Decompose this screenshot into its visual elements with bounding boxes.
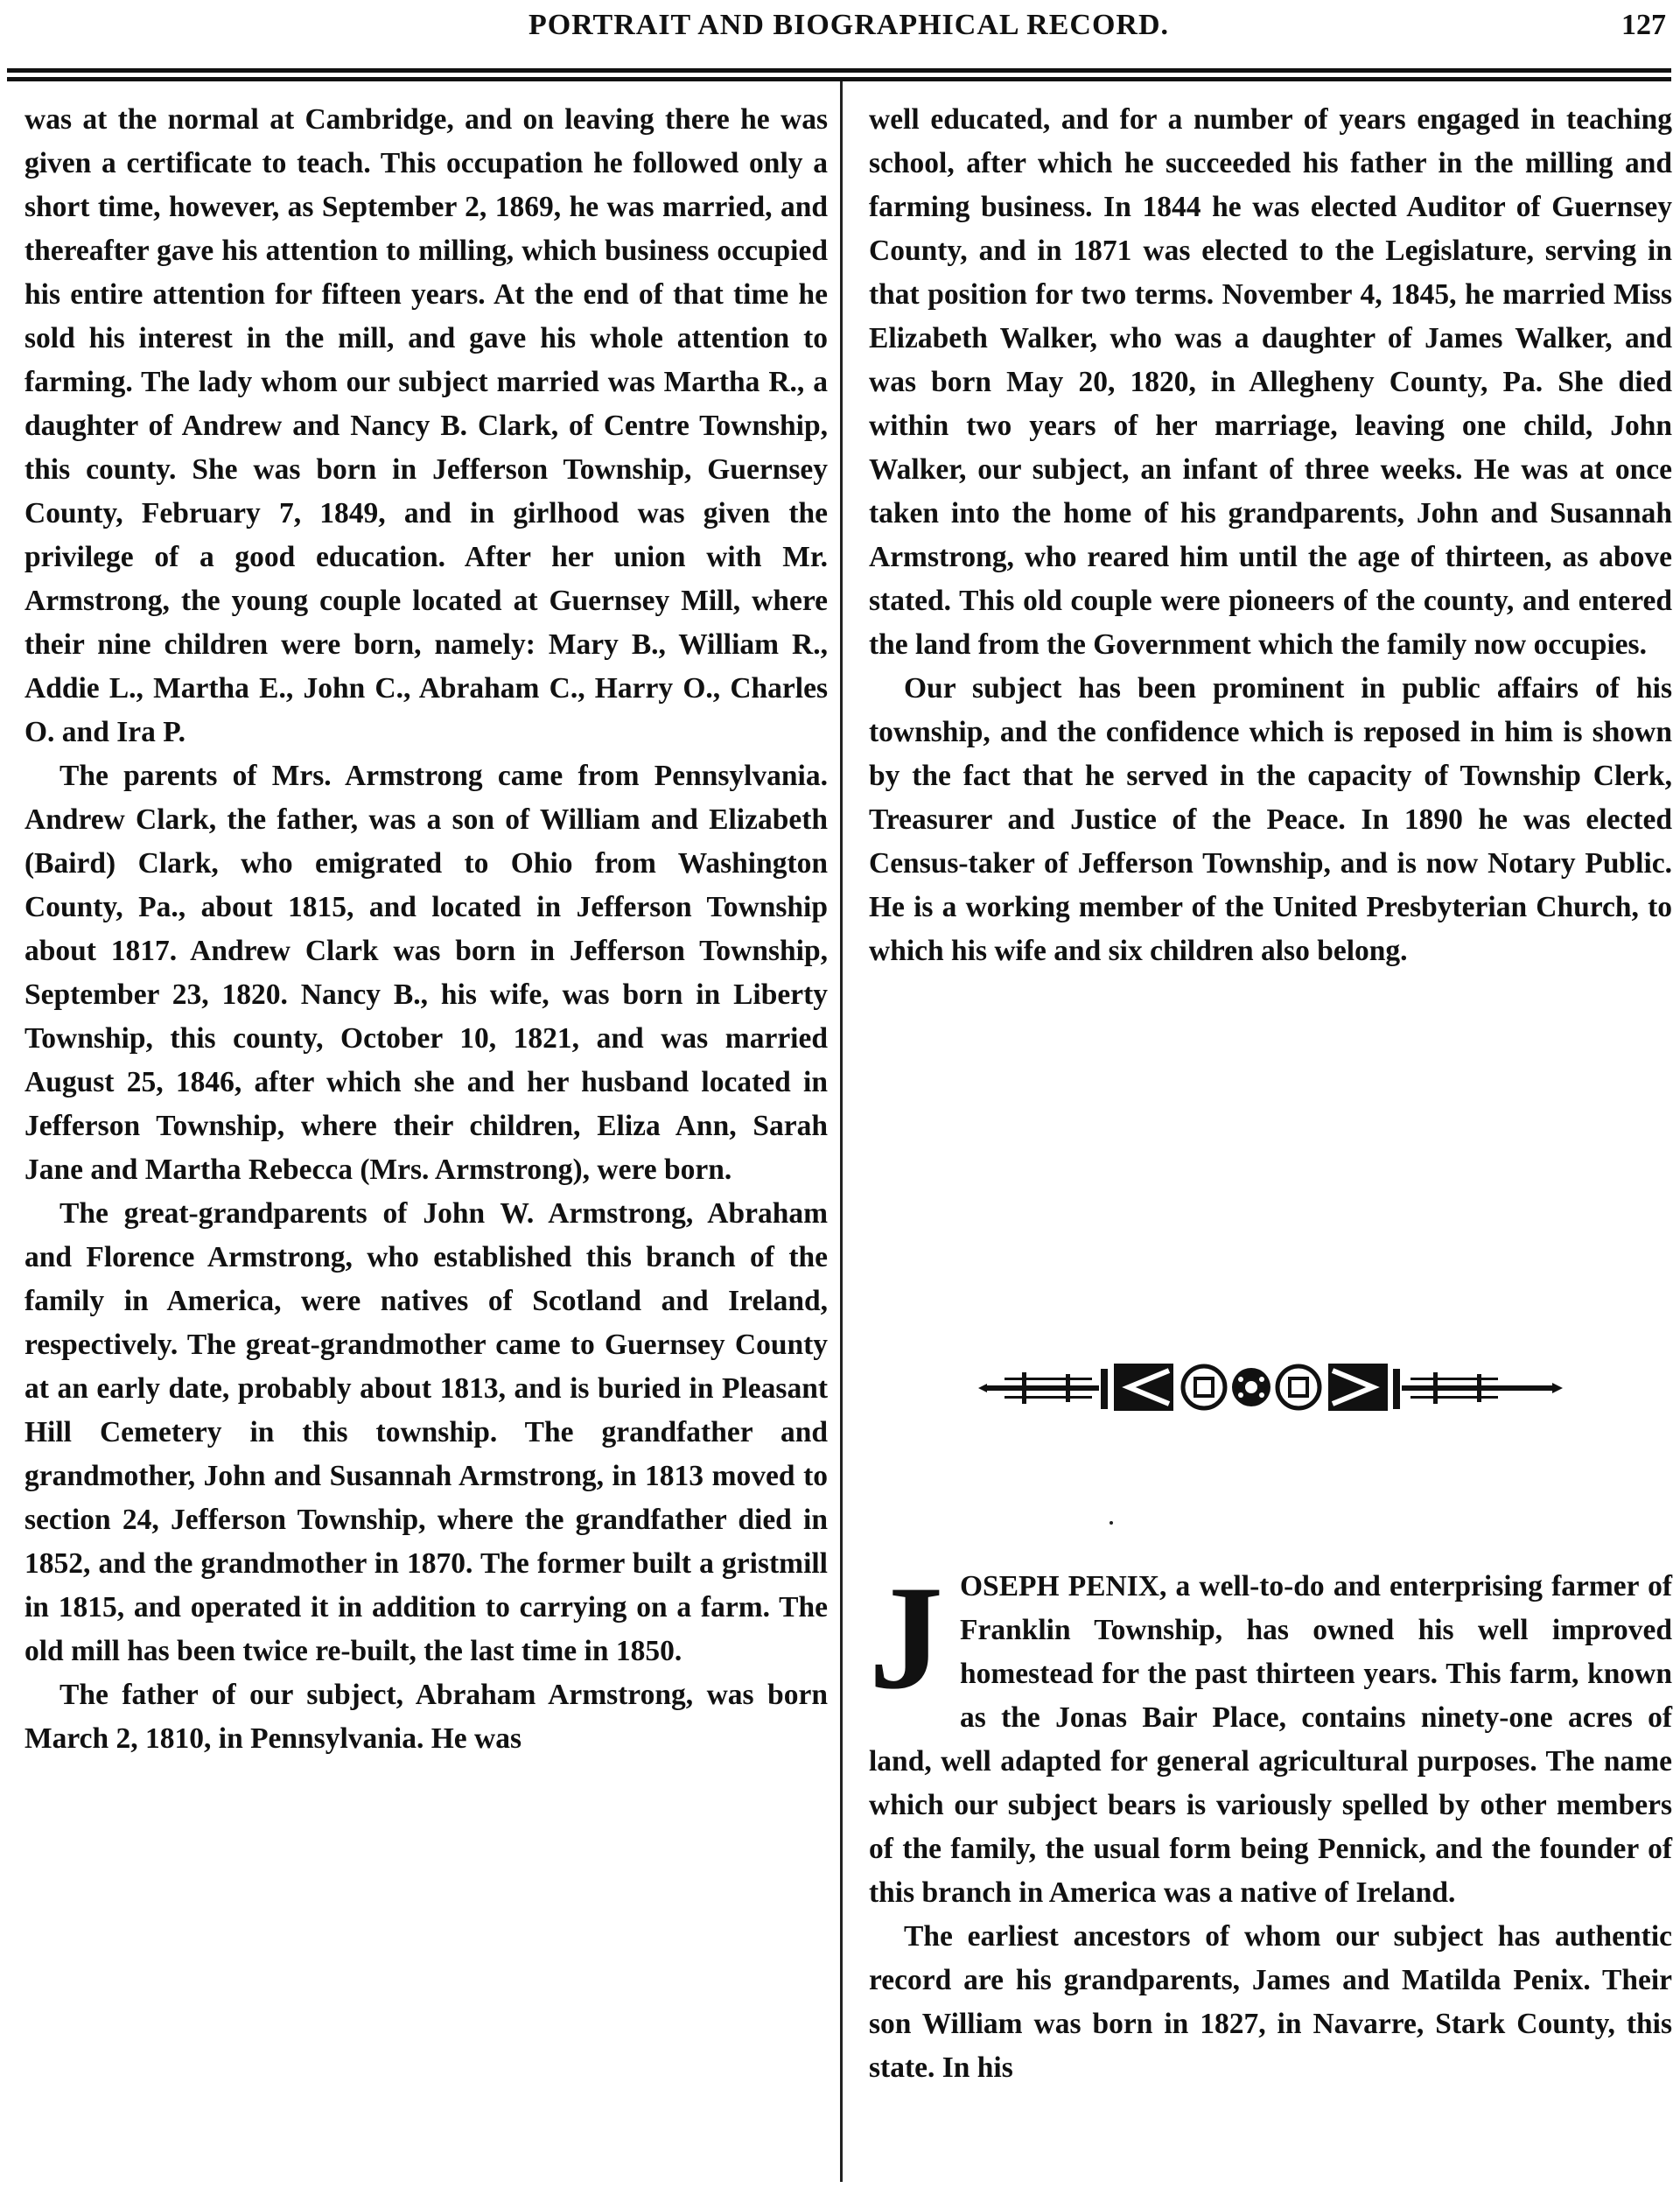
- left-column: was at the normal at Cambridge, and on l…: [24, 98, 828, 1761]
- ornament-divider-icon: [978, 1362, 1563, 1414]
- header-rule-bottom: [7, 77, 1671, 81]
- page-header: PORTRAIT AND BIOGRAPHICAL RECORD. 127: [26, 0, 1671, 54]
- header-rule-top: [7, 68, 1671, 73]
- page-number: 127: [1621, 9, 1666, 42]
- biography-joseph-penix: JOSEPH PENIX, a well-to-do and enterpris…: [869, 1565, 1672, 2090]
- paragraph: Our subject has been prominent in public…: [869, 667, 1672, 973]
- paragraph: The great-grandparents of John W. Armstr…: [24, 1192, 828, 1673]
- paragraph: The earliest ancestors of whom our subje…: [869, 1915, 1672, 2090]
- paragraph: The parents of Mrs. Armstrong came from …: [24, 754, 828, 1192]
- paragraph: The father of our subject, Abraham Armst…: [24, 1673, 828, 1761]
- paragraph-text: a well-to-do and enterprising farmer of …: [869, 1570, 1672, 1909]
- book-page: PORTRAIT AND BIOGRAPHICAL RECORD. 127 wa…: [0, 0, 1680, 2188]
- paragraph: JOSEPH PENIX, a well-to-do and enterpris…: [869, 1565, 1672, 1915]
- column-divider: [840, 81, 843, 2182]
- paragraph: was at the normal at Cambridge, and on l…: [24, 98, 828, 754]
- drop-cap: J: [869, 1572, 941, 1703]
- print-speck: [1109, 1521, 1113, 1525]
- paragraph: well educated, and for a number of years…: [869, 98, 1672, 667]
- running-title: PORTRAIT AND BIOGRAPHICAL RECORD.: [26, 9, 1671, 42]
- right-column: well educated, and for a number of years…: [869, 98, 1672, 973]
- subject-name: OSEPH PENIX,: [960, 1570, 1166, 1602]
